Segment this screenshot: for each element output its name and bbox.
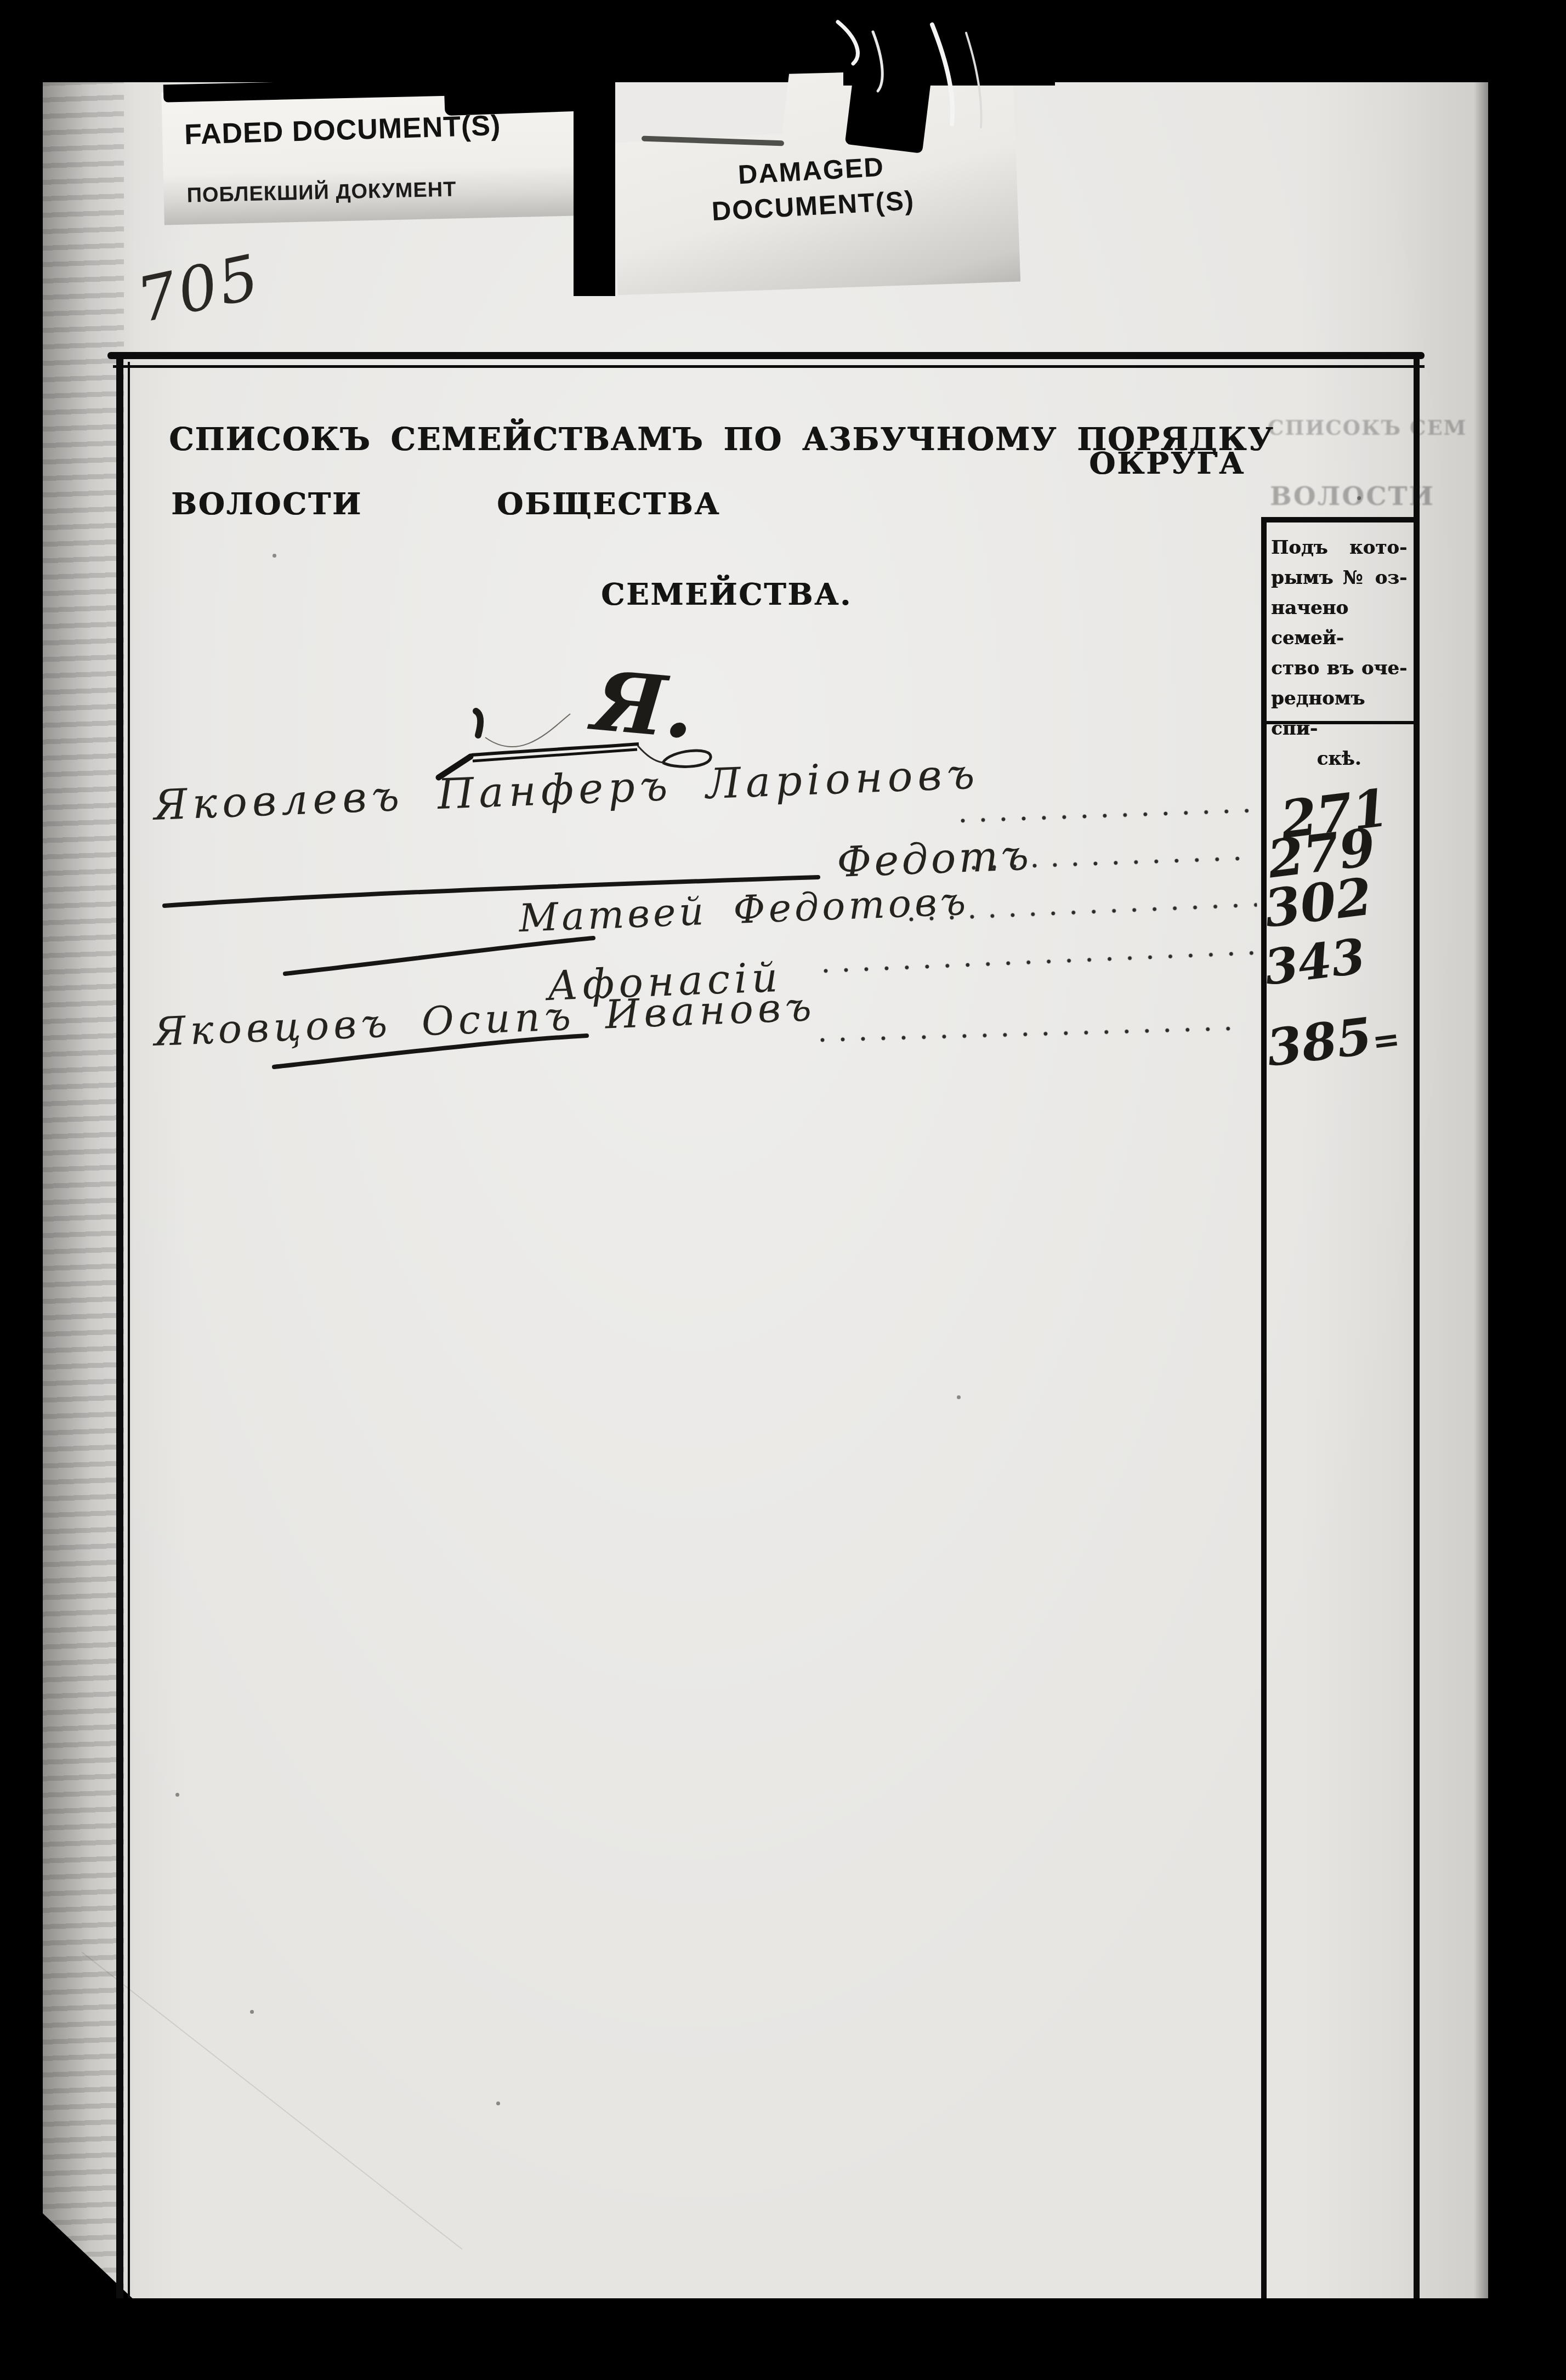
clip-highlights — [0, 0, 1566, 2380]
scanned-archival-page: { "stickers": { "faded": { "title": "FAD… — [0, 0, 1566, 2380]
